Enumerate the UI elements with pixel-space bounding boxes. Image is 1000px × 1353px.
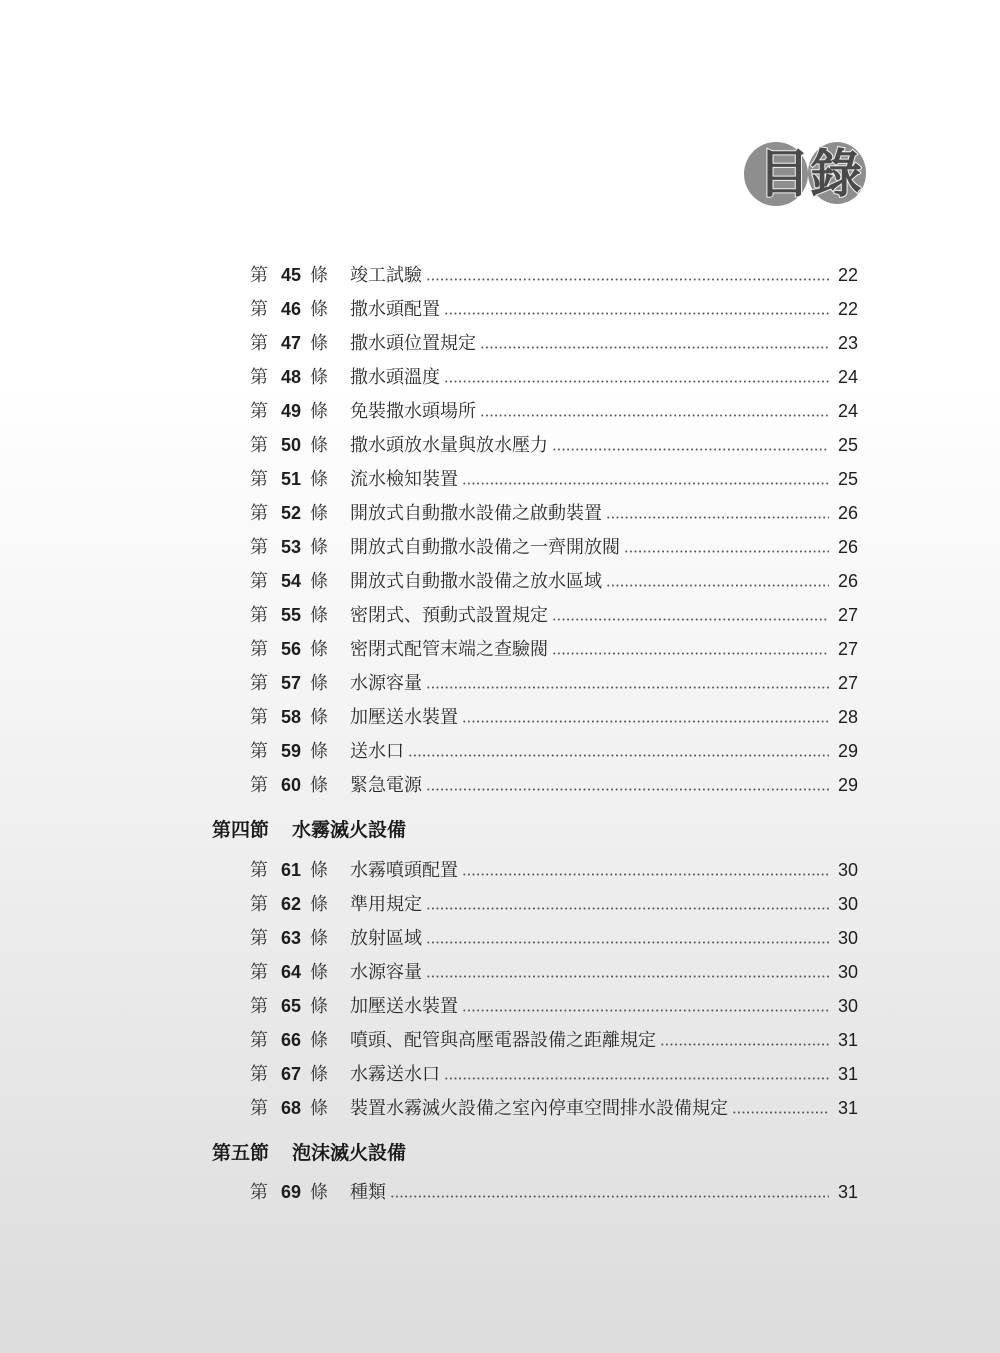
article-prefix: 第	[250, 772, 272, 798]
article-number: 66	[272, 1027, 310, 1053]
dot-leader	[390, 1195, 829, 1198]
dot-leader	[462, 482, 829, 485]
page-number: 27	[829, 602, 858, 628]
dot-leader	[426, 975, 829, 978]
section-title: 水霧滅火設備	[292, 819, 406, 841]
page-number: 31	[829, 1179, 858, 1205]
article-number: 67	[272, 1061, 310, 1087]
article-number: 47	[272, 330, 310, 356]
section-heading[interactable]: 第五節泡沫滅火設備	[212, 1138, 406, 1168]
article-prefix: 第	[250, 466, 272, 492]
page-number: 26	[829, 500, 858, 526]
toc-entry[interactable]: 第 52 條 開放式自動撒水設備之啟動裝置 26	[250, 500, 858, 526]
page-number: 24	[829, 364, 858, 390]
entry-title: 撒水頭位置規定	[350, 330, 480, 356]
dot-leader	[660, 1043, 829, 1046]
dot-leader	[462, 873, 829, 876]
page-number: 29	[829, 772, 858, 798]
entry-title: 竣工試驗	[350, 262, 426, 288]
section-heading[interactable]: 第四節水霧滅火設備	[212, 815, 406, 845]
article-suffix: 條	[310, 1179, 350, 1205]
article-suffix: 條	[310, 959, 350, 985]
entry-title: 水源容量	[350, 670, 426, 696]
article-number: 57	[272, 670, 310, 696]
entry-title: 流水檢知裝置	[350, 466, 462, 492]
article-number: 65	[272, 993, 310, 1019]
toc-entry[interactable]: 第 46 條 撒水頭配置 22	[250, 296, 858, 322]
entry-title: 水霧送水口	[350, 1061, 444, 1087]
toc-title-char: 錄	[810, 146, 866, 204]
toc-entry[interactable]: 第 63 條 放射區域 30	[250, 925, 858, 951]
article-suffix: 條	[310, 364, 350, 390]
article-number: 62	[272, 891, 310, 917]
article-suffix: 條	[310, 1095, 350, 1121]
dot-leader	[624, 550, 829, 553]
article-suffix: 條	[310, 534, 350, 560]
entry-title: 開放式自動撒水設備之一齊開放閥	[350, 534, 624, 560]
entry-title: 噴頭、配管與高壓電器設備之距離規定	[350, 1027, 660, 1053]
article-suffix: 條	[310, 296, 350, 322]
page-number: 26	[829, 534, 858, 560]
dot-leader	[606, 584, 829, 587]
toc-entry[interactable]: 第 55 條 密閉式、預動式設置規定 27	[250, 602, 858, 628]
toc-entry[interactable]: 第 56 條 密閉式配管末端之查驗閥 27	[250, 636, 858, 662]
toc-entry[interactable]: 第 58 條 加壓送水裝置 28	[250, 704, 858, 730]
dot-leader	[426, 788, 829, 791]
toc-entry[interactable]: 第 62 條 準用規定 30	[250, 891, 858, 917]
article-suffix: 條	[310, 330, 350, 356]
toc-entry[interactable]: 第 64 條 水源容量 30	[250, 959, 858, 985]
toc-entry[interactable]: 第 47 條 撒水頭位置規定 23	[250, 330, 858, 356]
article-number: 50	[272, 432, 310, 458]
article-number: 54	[272, 568, 310, 594]
dot-leader	[426, 278, 829, 281]
article-suffix: 條	[310, 738, 350, 764]
page-number: 30	[829, 993, 858, 1019]
toc-entry[interactable]: 第 49 條 免裝撒水頭場所 24	[250, 398, 858, 424]
article-suffix: 條	[310, 636, 350, 662]
dot-leader	[426, 941, 829, 944]
page-number: 31	[829, 1027, 858, 1053]
toc-entry[interactable]: 第 61 條 水霧噴頭配置 30	[250, 857, 858, 883]
article-number: 56	[272, 636, 310, 662]
article-prefix: 第	[250, 364, 272, 390]
article-prefix: 第	[250, 330, 272, 356]
article-number: 53	[272, 534, 310, 560]
entry-title: 免裝撒水頭場所	[350, 398, 480, 424]
article-prefix: 第	[250, 925, 272, 951]
article-prefix: 第	[250, 1061, 272, 1087]
dot-leader	[480, 414, 829, 417]
page-number: 31	[829, 1061, 858, 1087]
article-prefix: 第	[250, 891, 272, 917]
entry-title: 撒水頭放水量與放水壓力	[350, 432, 552, 458]
article-number: 64	[272, 959, 310, 985]
section-label: 第五節	[212, 1138, 292, 1168]
toc-entry[interactable]: 第 66 條 噴頭、配管與高壓電器設備之距離規定 31	[250, 1027, 858, 1053]
page-number: 30	[829, 857, 858, 883]
page-number: 22	[829, 262, 858, 288]
entry-title: 撒水頭溫度	[350, 364, 444, 390]
article-prefix: 第	[250, 670, 272, 696]
toc-entry[interactable]: 第 65 條 加壓送水裝置 30	[250, 993, 858, 1019]
entry-title: 準用規定	[350, 891, 426, 917]
page-number: 22	[829, 296, 858, 322]
dot-leader	[462, 720, 829, 723]
dot-leader	[444, 1077, 829, 1080]
article-number: 59	[272, 738, 310, 764]
dot-leader	[552, 618, 829, 621]
page-number: 30	[829, 959, 858, 985]
toc-title-char: 目	[758, 146, 810, 204]
dot-leader	[552, 448, 829, 451]
article-prefix: 第	[250, 636, 272, 662]
toc-entry[interactable]: 第 68 條 裝置水霧滅火設備之室內停車空間排水設備規定 31	[250, 1095, 858, 1121]
article-prefix: 第	[250, 262, 272, 288]
page-number: 30	[829, 891, 858, 917]
article-number: 58	[272, 704, 310, 730]
dot-leader	[408, 754, 829, 757]
toc-entry[interactable]: 第 67 條 水霧送水口 31	[250, 1061, 858, 1087]
page-number: 27	[829, 670, 858, 696]
page-number: 28	[829, 704, 858, 730]
entry-title: 密閉式配管末端之查驗閥	[350, 636, 552, 662]
article-suffix: 條	[310, 993, 350, 1019]
entry-title: 種類	[350, 1179, 390, 1205]
toc-title-badge: 目 錄	[744, 142, 866, 210]
dot-leader	[552, 652, 829, 655]
article-prefix: 第	[250, 1179, 272, 1205]
entry-title: 送水口	[350, 738, 408, 764]
dot-leader	[426, 907, 829, 910]
article-prefix: 第	[250, 398, 272, 424]
article-prefix: 第	[250, 1095, 272, 1121]
page-number: 29	[829, 738, 858, 764]
entry-title: 開放式自動撒水設備之啟動裝置	[350, 500, 606, 526]
article-suffix: 條	[310, 262, 350, 288]
article-prefix: 第	[250, 296, 272, 322]
article-prefix: 第	[250, 857, 272, 883]
article-suffix: 條	[310, 568, 350, 594]
article-suffix: 條	[310, 925, 350, 951]
dot-leader	[444, 380, 829, 383]
article-suffix: 條	[310, 1061, 350, 1087]
article-suffix: 條	[310, 857, 350, 883]
page-number: 25	[829, 432, 858, 458]
toc-entry[interactable]: 第 54 條 開放式自動撒水設備之放水區域 26	[250, 568, 858, 594]
toc-entry[interactable]: 第 57 條 水源容量 27	[250, 670, 858, 696]
article-number: 63	[272, 925, 310, 951]
entry-title: 加壓送水裝置	[350, 993, 462, 1019]
toc-entry[interactable]: 第 45 條 竣工試驗 22	[250, 262, 858, 288]
dot-leader	[462, 1009, 829, 1012]
article-number: 51	[272, 466, 310, 492]
article-prefix: 第	[250, 738, 272, 764]
article-prefix: 第	[250, 432, 272, 458]
article-number: 46	[272, 296, 310, 322]
dot-leader	[606, 516, 829, 519]
entry-title: 密閉式、預動式設置規定	[350, 602, 552, 628]
article-prefix: 第	[250, 993, 272, 1019]
page-number: 31	[829, 1095, 858, 1121]
toc-entry[interactable]: 第 48 條 撒水頭溫度 24	[250, 364, 858, 390]
article-prefix: 第	[250, 1027, 272, 1053]
article-suffix: 條	[310, 500, 350, 526]
article-prefix: 第	[250, 568, 272, 594]
article-suffix: 條	[310, 432, 350, 458]
article-number: 69	[272, 1179, 310, 1205]
dot-leader	[426, 686, 829, 689]
article-number: 61	[272, 857, 310, 883]
article-prefix: 第	[250, 704, 272, 730]
article-suffix: 條	[310, 772, 350, 798]
article-suffix: 條	[310, 398, 350, 424]
dot-leader	[444, 312, 829, 315]
article-prefix: 第	[250, 602, 272, 628]
dot-leader	[480, 346, 829, 349]
entry-title: 裝置水霧滅火設備之室內停車空間排水設備規定	[350, 1095, 732, 1121]
article-number: 48	[272, 364, 310, 390]
entry-title: 加壓送水裝置	[350, 704, 462, 730]
entry-title: 開放式自動撒水設備之放水區域	[350, 568, 606, 594]
page-number: 24	[829, 398, 858, 424]
toc-entry[interactable]: 第 60 條 緊急電源 29	[250, 772, 858, 798]
toc-entry[interactable]: 第 69 條 種類 31	[250, 1179, 858, 1205]
section-title: 泡沫滅火設備	[292, 1142, 406, 1164]
article-prefix: 第	[250, 500, 272, 526]
article-suffix: 條	[310, 704, 350, 730]
entry-title: 緊急電源	[350, 772, 426, 798]
dot-leader	[732, 1111, 829, 1114]
toc-entry[interactable]: 第 53 條 開放式自動撒水設備之一齊開放閥 26	[250, 534, 858, 560]
article-suffix: 條	[310, 670, 350, 696]
article-number: 52	[272, 500, 310, 526]
article-suffix: 條	[310, 891, 350, 917]
entry-title: 水源容量	[350, 959, 426, 985]
page-number: 26	[829, 568, 858, 594]
article-number: 60	[272, 772, 310, 798]
entry-title: 放射區域	[350, 925, 426, 951]
page-number: 23	[829, 330, 858, 356]
article-suffix: 條	[310, 1027, 350, 1053]
toc-entry[interactable]: 第 50 條 撒水頭放水量與放水壓力 25	[250, 432, 858, 458]
article-suffix: 條	[310, 466, 350, 492]
toc-entry[interactable]: 第 59 條 送水口 29	[250, 738, 858, 764]
article-number: 55	[272, 602, 310, 628]
entry-title: 撒水頭配置	[350, 296, 444, 322]
article-number: 68	[272, 1095, 310, 1121]
article-number: 45	[272, 262, 310, 288]
page-number: 27	[829, 636, 858, 662]
page-number: 25	[829, 466, 858, 492]
article-number: 49	[272, 398, 310, 424]
toc-entry[interactable]: 第 51 條 流水檢知裝置 25	[250, 466, 858, 492]
entry-title: 水霧噴頭配置	[350, 857, 462, 883]
article-prefix: 第	[250, 534, 272, 560]
article-prefix: 第	[250, 959, 272, 985]
page-number: 30	[829, 925, 858, 951]
article-suffix: 條	[310, 602, 350, 628]
section-label: 第四節	[212, 815, 292, 845]
